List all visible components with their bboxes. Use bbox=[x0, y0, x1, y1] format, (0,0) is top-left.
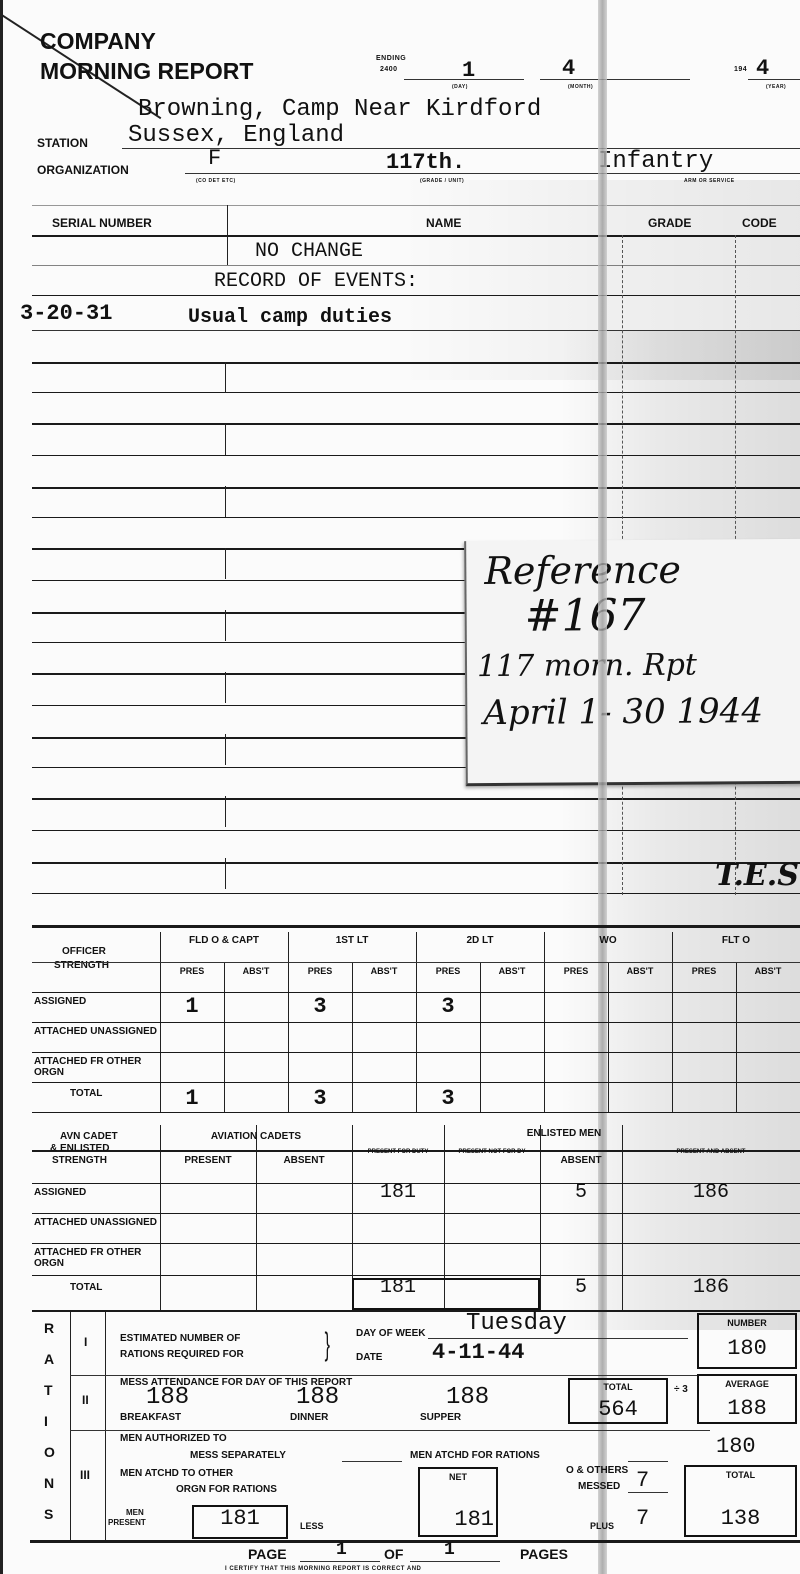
section-numeral: III bbox=[80, 1468, 90, 1482]
ruled-line bbox=[32, 798, 800, 800]
supper-count: 188 bbox=[446, 1384, 489, 1411]
officer-row-label: ATTACHED UNASSIGNED bbox=[34, 1026, 158, 1037]
officer-subheader: ABS'T bbox=[480, 966, 544, 976]
officer-group-header: 2D LT bbox=[416, 935, 544, 946]
organization-company: F bbox=[208, 146, 221, 171]
men-present-value: 181 bbox=[192, 1506, 288, 1531]
organization-unit: 117th. bbox=[386, 150, 465, 175]
enlisted-column-header: ABSENT bbox=[256, 1155, 352, 1166]
supper-label: SUPPER bbox=[420, 1412, 461, 1423]
brace: } bbox=[325, 1326, 330, 1363]
fill-line bbox=[628, 1492, 668, 1493]
enlisted-column-header: PRESENT NOT FOR DY bbox=[444, 1149, 540, 1155]
number-label: NUMBER bbox=[697, 1318, 797, 1328]
grid-line bbox=[32, 1082, 800, 1083]
station-label: STATION bbox=[37, 136, 88, 150]
net-value: 181 bbox=[418, 1507, 494, 1532]
rations-divider bbox=[70, 1312, 71, 1540]
cadets-header: AVIATION CADETS bbox=[160, 1131, 352, 1142]
less-label: LESS bbox=[300, 1521, 324, 1531]
rations-label: MEN ATCHD TO OTHER bbox=[120, 1468, 233, 1479]
enlisted-title: & ENLISTED bbox=[50, 1143, 109, 1154]
dinner-label: DINNER bbox=[290, 1412, 328, 1423]
date-value: 4-11-44 bbox=[432, 1340, 524, 1365]
column-divider bbox=[225, 424, 226, 455]
rations-label: ESTIMATED NUMBER OF bbox=[120, 1333, 240, 1344]
men-present-label: PRESENT bbox=[108, 1518, 146, 1527]
plus-label: PLUS bbox=[590, 1521, 614, 1531]
of-label: OF bbox=[384, 1546, 403, 1562]
grid-line bbox=[32, 1310, 800, 1312]
ending-label-time: 2400 bbox=[380, 66, 398, 73]
rations-side-letter: S bbox=[44, 1506, 53, 1522]
officer-count: 1 bbox=[160, 1086, 224, 1111]
enlisted-title: AVN CADET bbox=[60, 1131, 118, 1142]
roster-entry-name: RECORD OF EVENTS: bbox=[214, 270, 418, 293]
column-divider bbox=[225, 362, 226, 393]
total-label: TOTAL bbox=[684, 1470, 797, 1480]
enlisted-column-header: PRESENT AND ABSENT bbox=[622, 1149, 800, 1155]
officer-group-header: 1ST LT bbox=[288, 935, 416, 946]
enlisted-count: 5 bbox=[540, 1276, 622, 1299]
fill-line bbox=[428, 1338, 688, 1339]
ruled-line bbox=[32, 487, 800, 489]
enlisted-row-label: ATTACHED FR OTHER ORGN bbox=[34, 1247, 158, 1269]
date-label: DATE bbox=[356, 1352, 382, 1363]
handwritten-initials: T.E.S. bbox=[715, 858, 800, 893]
note-line4: April 1- 30 1944 bbox=[483, 691, 763, 733]
column-name: NAME bbox=[426, 216, 461, 230]
rations-label: RATIONS REQUIRED FOR bbox=[120, 1349, 244, 1360]
roster-entry-serial: 3-20-31 bbox=[20, 301, 112, 326]
pages-label: PAGES bbox=[520, 1546, 568, 1562]
enlisted-count: 186 bbox=[622, 1181, 800, 1204]
page-label: PAGE bbox=[248, 1546, 287, 1562]
officer-strength-title: OFFICER bbox=[62, 946, 106, 957]
column-serial-number: SERIAL NUMBER bbox=[52, 216, 152, 230]
fill-line bbox=[628, 1461, 668, 1462]
grid-line bbox=[32, 1112, 800, 1113]
day-of-week-value: Tuesday bbox=[466, 1310, 567, 1337]
officer-group-header: WO bbox=[544, 935, 672, 946]
officer-group-header: FLT O bbox=[672, 935, 800, 946]
column-divider bbox=[227, 205, 228, 265]
day-of-week-label: DAY OF WEEK bbox=[356, 1328, 425, 1339]
ruled-line bbox=[32, 362, 800, 364]
report-month: 4 bbox=[562, 56, 575, 81]
enlisted-column-header: ABSENT bbox=[540, 1155, 622, 1166]
report-day: 1 bbox=[462, 58, 475, 83]
grid-line bbox=[32, 1243, 800, 1244]
officer-subheader: ABS'T bbox=[736, 966, 800, 976]
rations-side-letter: O bbox=[44, 1444, 55, 1460]
total-label: TOTAL bbox=[568, 1382, 668, 1392]
roster-entry-name: Usual camp duties bbox=[188, 306, 392, 329]
ruled-line bbox=[32, 265, 800, 266]
page-number: 1 bbox=[336, 1540, 347, 1560]
column-divider bbox=[225, 548, 226, 579]
station-line2: Sussex, England bbox=[128, 122, 344, 149]
dinner-count: 188 bbox=[296, 1384, 339, 1411]
ruled-line bbox=[32, 455, 800, 456]
grid-line bbox=[32, 1052, 800, 1053]
number-value: 180 bbox=[697, 1336, 797, 1361]
fill-line bbox=[342, 1461, 402, 1462]
roster-entry-name: NO CHANGE bbox=[255, 240, 363, 263]
form-title-line1: COMPANY bbox=[40, 28, 156, 55]
rations-label: O & OTHERS bbox=[566, 1465, 628, 1476]
column-divider bbox=[225, 796, 226, 827]
officer-subheader: PRES bbox=[160, 966, 224, 976]
ruled-line bbox=[32, 862, 800, 864]
column-divider bbox=[225, 858, 226, 889]
organization-service: Infantry bbox=[598, 148, 713, 175]
men-present-label: MEN bbox=[126, 1508, 144, 1517]
grid-divider bbox=[352, 962, 353, 1112]
rations-side-letter: N bbox=[44, 1475, 54, 1491]
plus-value: 7 bbox=[636, 1506, 649, 1531]
others-value: 7 bbox=[636, 1468, 649, 1493]
grid-line bbox=[32, 1213, 800, 1214]
rations-label: MESS SEPARATELY bbox=[190, 1450, 286, 1461]
section-numeral: I bbox=[84, 1335, 87, 1349]
ruled-line bbox=[32, 295, 800, 296]
enlisted-row-label: ATTACHED UNASSIGNED bbox=[34, 1217, 158, 1228]
grid-divider bbox=[608, 962, 609, 1112]
rations-side-letter: I bbox=[44, 1413, 48, 1429]
rations-side-letter: T bbox=[44, 1382, 53, 1398]
rations-side-letter: A bbox=[44, 1351, 54, 1367]
enlisted-title: STRENGTH bbox=[52, 1155, 107, 1166]
day-caption: (DAY) bbox=[452, 84, 468, 90]
company-caption: (CO DET ETC) bbox=[196, 178, 236, 184]
note-line3: 117 morn. Rpt bbox=[477, 648, 697, 685]
total-box bbox=[352, 1278, 540, 1310]
officer-subheader: PRES bbox=[672, 966, 736, 976]
page-edge bbox=[0, 0, 3, 1574]
officer-subheader: PRES bbox=[544, 966, 608, 976]
note-line1: Reference bbox=[484, 548, 681, 593]
ending-label: ENDING bbox=[376, 55, 406, 62]
station-line1: Browning, Camp Near Kirdford bbox=[138, 96, 541, 123]
form-title-line2: MORNING REPORT bbox=[40, 58, 253, 85]
officer-subheader: PRES bbox=[416, 966, 480, 976]
officer-count: 3 bbox=[416, 1086, 480, 1111]
officer-subheader: ABS'T bbox=[608, 966, 672, 976]
rations-label: MEN AUTHORIZED TO bbox=[120, 1433, 227, 1444]
rations-label: MEN ATCHD FOR RATIONS bbox=[410, 1450, 540, 1461]
reference-note: Reference #167 117 morn. Rpt April 1- 30… bbox=[464, 539, 800, 786]
enlisted-row-label: TOTAL bbox=[70, 1282, 194, 1293]
divide-symbol: ÷ 3 bbox=[674, 1384, 688, 1395]
column-divider bbox=[225, 610, 226, 641]
column-divider bbox=[225, 672, 226, 703]
grid-line bbox=[32, 962, 800, 963]
officer-count: 3 bbox=[288, 1086, 352, 1111]
service-caption: ARM OR SERVICE bbox=[684, 178, 735, 184]
organization-label: ORGANIZATION bbox=[37, 163, 129, 177]
rations-label: MESSED bbox=[578, 1481, 620, 1492]
total-value: 564 bbox=[568, 1397, 668, 1422]
column-grade: GRADE bbox=[648, 216, 691, 230]
month-caption: (MONTH) bbox=[568, 84, 593, 90]
officer-subheader: PRES bbox=[288, 966, 352, 976]
average-label: AVERAGE bbox=[697, 1379, 797, 1389]
breakfast-count: 188 bbox=[146, 1384, 189, 1411]
rations-divider bbox=[105, 1312, 106, 1540]
ruled-line bbox=[32, 893, 800, 894]
year-caption: (YEAR) bbox=[766, 84, 786, 90]
enlisted-column-header: PRESENT FOR DUTY bbox=[352, 1149, 444, 1155]
grid-divider bbox=[736, 962, 737, 1112]
officer-row-label: ASSIGNED bbox=[34, 996, 158, 1007]
rations-side-letter: R bbox=[44, 1320, 54, 1336]
enlisted-column-header: PRESENT bbox=[160, 1155, 256, 1166]
grid-divider bbox=[224, 962, 225, 1112]
rations-label: ORGN FOR RATIONS bbox=[176, 1484, 277, 1495]
breakfast-label: BREAKFAST bbox=[120, 1412, 181, 1423]
ruled-line bbox=[32, 392, 800, 393]
grid-divider bbox=[256, 1125, 257, 1310]
ruled-line bbox=[32, 423, 800, 425]
ruled-line bbox=[32, 330, 800, 331]
ruled-line bbox=[32, 517, 800, 518]
officer-group-header: FLD O & CAPT bbox=[160, 935, 288, 946]
unit-caption: (GRADE / UNIT) bbox=[420, 178, 464, 184]
column-code: CODE bbox=[742, 216, 777, 230]
grid-line bbox=[32, 1022, 800, 1023]
report-year: 4 bbox=[756, 56, 769, 81]
rations-line bbox=[70, 1375, 710, 1376]
officer-subheader: ABS'T bbox=[352, 966, 416, 976]
net-label: NET bbox=[418, 1472, 498, 1482]
enlisted-row-label: ASSIGNED bbox=[34, 1187, 158, 1198]
note-line2: #167 bbox=[524, 590, 645, 642]
atchd-value: 180 bbox=[716, 1434, 756, 1459]
rations-line bbox=[70, 1430, 710, 1431]
column-divider bbox=[225, 486, 226, 517]
total-value: 138 bbox=[684, 1506, 797, 1531]
officer-subheader: ABS'T bbox=[224, 966, 288, 976]
officer-row-label: ATTACHED FR OTHER ORGN bbox=[34, 1056, 158, 1078]
average-value: 188 bbox=[697, 1396, 797, 1421]
ruled-line bbox=[32, 830, 800, 831]
total-pages: 1 bbox=[444, 1540, 455, 1560]
officer-count: 3 bbox=[416, 994, 480, 1019]
section-numeral: II bbox=[82, 1393, 89, 1407]
ruled-line bbox=[32, 235, 800, 237]
column-divider bbox=[225, 734, 226, 765]
enlisted-count: 5 bbox=[540, 1181, 622, 1204]
enlisted-count: 181 bbox=[352, 1181, 444, 1204]
officer-count: 1 bbox=[160, 994, 224, 1019]
grid-divider bbox=[480, 962, 481, 1112]
enlisted-header: ENLISTED MEN bbox=[444, 1128, 684, 1139]
grid-line bbox=[32, 992, 800, 993]
year-prefix: 194 bbox=[734, 66, 747, 73]
certification-text: I CERTIFY THAT THIS MORNING REPORT IS CO… bbox=[225, 1566, 421, 1572]
officer-count: 3 bbox=[288, 994, 352, 1019]
enlisted-count: 186 bbox=[622, 1276, 800, 1299]
